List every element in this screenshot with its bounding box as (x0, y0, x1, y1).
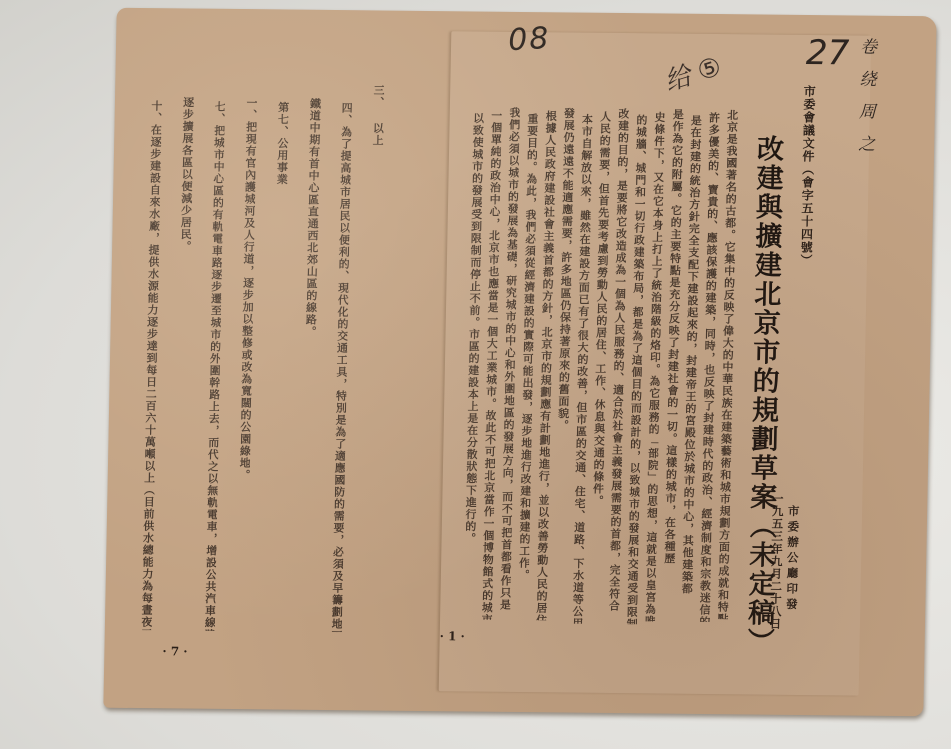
text-column: 北京是我國著名的古都。它集中的反映了偉大的中華民族在建築藝術和城市規劃方面的成就… (717, 109, 738, 619)
document-date: 一九五三年九月二十八日 (769, 493, 783, 631)
text-column: 七、把城市中心區的有軌電車路逐步遷至城市的外圍幹路上去，而代之以無軌電車，增設公… (204, 101, 225, 631)
handwritten-scribble: 给 ⑤ (659, 46, 725, 99)
text-column: 本市自解放以來，雖然在建設方面已有了很大的改善，但市區的交通、住宅、道路、下水道… (572, 114, 593, 624)
text-column: 根據人民政府建設社會主義首都的方針，北京市的規劃應有計劃地進行，並以改善勞動人民… (536, 110, 557, 620)
text-column: 一個單純的政治中心，北京市也應當是一個大工業城市。故此不可把北京當作一個博物館式… (481, 110, 502, 620)
text-column: 四、為了提高城市居民以便利的、現代化的交通工具，特別是為了適應國防的需要，必須及… (331, 102, 352, 632)
text-column: 史條件下，又在它本身上打上了統治階級的烙印。為它服務的「部院」的思想，這就是以皇… (644, 111, 665, 621)
document-sheet: 08 27 卷 绕 周 之 给 ⑤ 市委會議文件（會字五十四號） 改建與擴建北京… (103, 8, 936, 717)
right-page (439, 31, 872, 695)
handwritten-number: 27 (806, 33, 850, 73)
document-title: 改建與擴建北京市的規劃草案（未定稿） (744, 134, 781, 656)
text-column: 我們必須以城市的發展為基礎，研究城市的中心和外圍地區的發展方向，而不可把首都看作… (500, 107, 521, 611)
text-column: 重要目的。為此，我們必須從經濟建設的實際可能出發，逐步地進行改建和擴建的工作。 (518, 113, 538, 581)
text-column: 以致使城市的發展受到限制而停止不前。市區的建設本上是在分散狀態下進行的。 (464, 112, 483, 544)
text-column: 許多優美的、寶貴的、應該保護的建築，同時，也反映了封建時代的政治、經濟制度和宗教… (699, 112, 720, 622)
document-series: 市委會議文件（會字五十四號） (800, 85, 815, 267)
left-page-number: · 7 · (162, 644, 187, 658)
text-column: 鐵道中期有首中心區直通西北郊山區的線路。 (305, 98, 321, 338)
right-page-number: · 1 · (440, 629, 465, 643)
text-column: 改建的目的，是要將它改造成為一個為人民服務的、適合於社會主義發展需要的首都，完全… (608, 108, 629, 612)
handwritten-folio: 08 (507, 21, 551, 58)
text-column: 逐步擴展各區以便減少居民。 (180, 96, 194, 252)
text-column: 第七、公用事業 (276, 101, 289, 185)
text-column: 一、把現有官內護城河及人行道，逐步加以整修或改為寬闊的公園綠地。 (239, 97, 257, 481)
text-column: 十、在逐步建設自來水廠，提供水源能力逐步達到每日二百六十萬噸以上（目前供水總能力… (141, 100, 162, 630)
document-issuer: 市委辦公廳印發 (785, 505, 799, 614)
handwritten-note: 卷 绕 周 之 (852, 37, 879, 156)
text-column: 是作為它的附屬。它的主要特點是充分反映了封建社會的一切。這樣的城市，在各種歷 (664, 109, 684, 565)
text-column: 是在封建的統治方針完全支配下建設起來的，封建帝王的宮殿位於城市的中心，其他建築都 (681, 115, 701, 595)
text-column: 發展仍遠遠不能適應需要，許多地區仍保持著原來的舊面貌。 (557, 107, 574, 431)
text-column: 的城牆、城門和一切行政建築布局，都是為了這個目的而設計的，以致城市的發展和交通受… (626, 114, 647, 624)
text-column: 三、 以上 (372, 84, 384, 146)
text-column: 人民的需要，但首先要考慮到勞動人民的居住、工作、休息與交通的條件。 (592, 111, 611, 507)
